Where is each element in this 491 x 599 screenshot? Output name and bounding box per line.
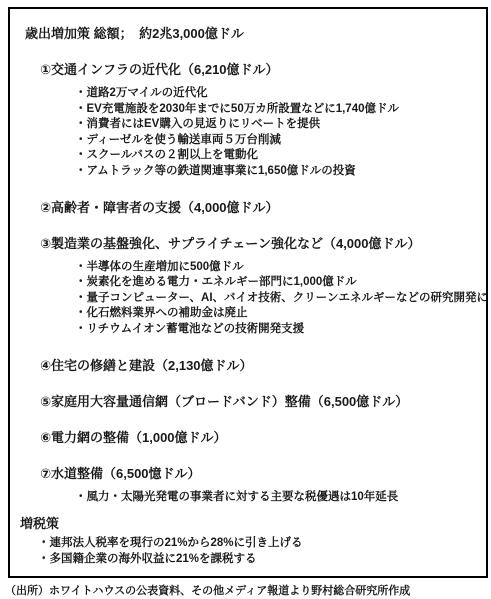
bullet-item: ・量子コンピューター、AI、バイオ技術、クリーンエネルギーなどの研究開発に1,8… bbox=[75, 291, 480, 307]
document-title: 歳出増加策 総額； 約2兆3,000億ドル bbox=[25, 25, 480, 42]
bullet-item: ・道路2万マイルの近代化 bbox=[75, 86, 480, 102]
bullet-item: ・ディーゼルを使う輸送車両５万台削減 bbox=[75, 133, 480, 149]
bullet-item: ・連邦法人税率を現行の21%から28%に引き上げる bbox=[38, 536, 480, 552]
section-heading-tax-increase: 増税策 bbox=[20, 515, 480, 532]
bullet-item: ・風力・太陽光発電の事業者に対する主要な税優遇は10年延長 bbox=[75, 490, 480, 506]
bullet-item: ・多国籍企業の海外収益に21%を課税する bbox=[38, 552, 480, 568]
bullet-item: ・リチウムイオン蓄電池などの技術開発支援 bbox=[75, 322, 480, 338]
source-note: （出所）ホワイトハウスの公表資料、その他メディア報道より野村総合研究所作成 bbox=[5, 582, 410, 598]
bullet-item: ・消費者にはEV購入の見返りにリベートを提供 bbox=[75, 117, 480, 133]
section-heading-transport: ①交通インフラの近代化（6,210億ドル） bbox=[40, 61, 480, 78]
section-heading-housing: ④住宅の修繕と建設（2,130億ドル） bbox=[40, 357, 480, 374]
bullet-item: ・スクールバスの２割以上を電動化 bbox=[75, 148, 480, 164]
bullet-list-tax: ・連邦法人税率を現行の21%から28%に引き上げる ・多国籍企業の海外収益に21… bbox=[38, 536, 480, 567]
bullet-item: ・化石燃料業界への補助金は廃止 bbox=[75, 306, 480, 322]
bullet-item: ・EV充電施設を2030年までに50万カ所設置などに1,740億ドル bbox=[75, 102, 480, 118]
section-heading-power-grid: ⑥電力網の整備（1,000億ドル） bbox=[40, 429, 480, 446]
bullet-list-transport: ・道路2万マイルの近代化 ・EV充電施設を2030年までに50万カ所設置などに1… bbox=[75, 86, 480, 180]
document-page: 歳出増加策 総額； 約2兆3,000億ドル ①交通インフラの近代化（6,210億… bbox=[0, 0, 491, 599]
bullet-item: ・半導体の生産増加に500億ドル bbox=[75, 260, 480, 276]
bullet-list-manufacturing: ・半導体の生産増加に500億ドル ・炭素化を進める電力・エネルギー部門に1,00… bbox=[75, 260, 480, 338]
section-heading-water: ⑦水道整備（6,500憶ドル） bbox=[40, 465, 480, 482]
bullet-list-water: ・風力・太陽光発電の事業者に対する主要な税優遇は10年延長 bbox=[75, 490, 480, 506]
section-heading-manufacturing: ③製造業の基盤強化、サプライチェーン強化など（4,000億ドル） bbox=[40, 235, 480, 252]
section-heading-broadband: ⑤家庭用大容量通信網（ブロードバンド）整備（6,500億ドル） bbox=[40, 393, 480, 410]
section-heading-elderly-support: ②高齢者・障害者の支援（4,000億ドル） bbox=[40, 199, 480, 216]
bullet-item: ・アムトラック等の鉄道関連事業に1,650億ドルの投資 bbox=[75, 164, 480, 180]
content-box: 歳出増加策 総額； 約2兆3,000億ドル ①交通インフラの近代化（6,210億… bbox=[8, 7, 488, 578]
bullet-item: ・炭素化を進める電力・エネルギー部門に1,000億ドル bbox=[75, 275, 480, 291]
